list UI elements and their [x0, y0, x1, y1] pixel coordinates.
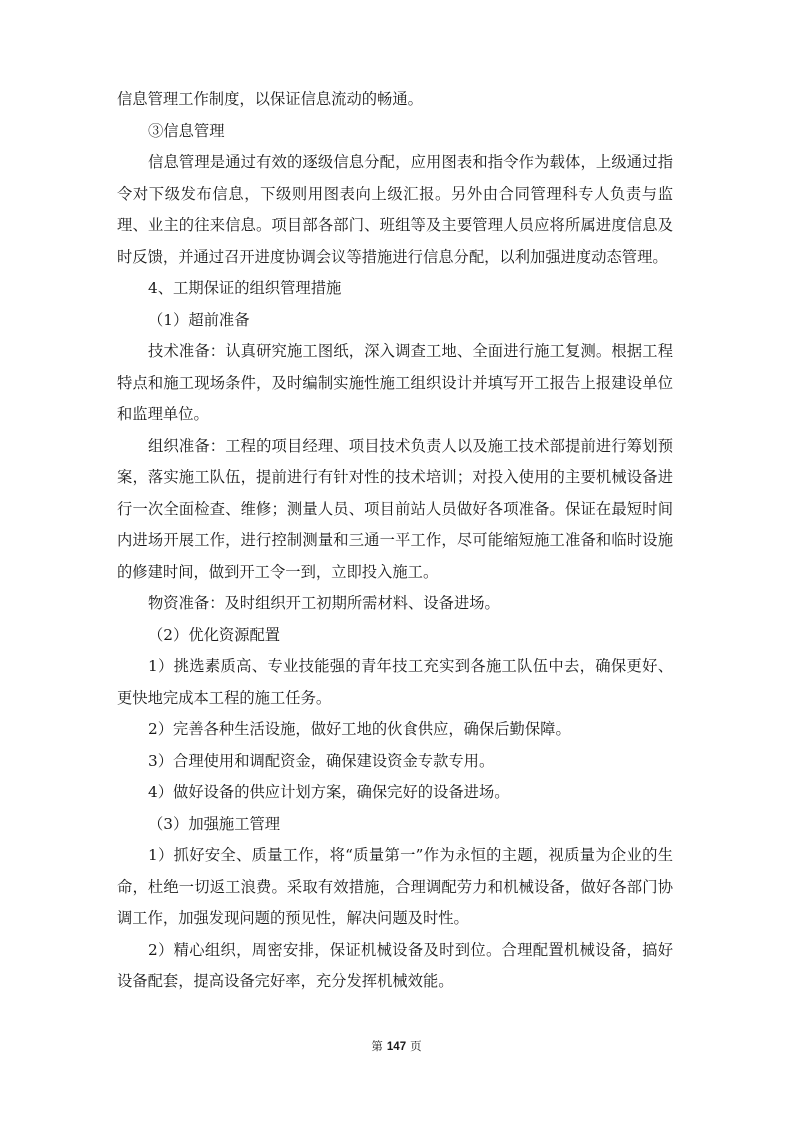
list-item-resources-3: 3）合理使用和调配资金，确保建设资金专款专用。 — [117, 746, 673, 778]
heading-section-4: 4、工期保证的组织管理措施 — [117, 273, 673, 305]
heading-optimize-resources: （2）优化资源配置 — [117, 620, 673, 652]
list-item-management-2: 2）精心组织，周密安排，保证机械设备及时到位。合理配置机械设备，搞好设备配套，提… — [117, 935, 673, 998]
page-number-prefix: 第 — [371, 1039, 383, 1053]
page-number-suffix: 页 — [410, 1039, 422, 1053]
page-number: 147 — [387, 1041, 406, 1053]
list-item-resources-4: 4）做好设备的供应计划方案，确保完好的设备进场。 — [117, 777, 673, 809]
paragraph-organization-preparation: 组织准备：工程的项目经理、项目技术负责人以及施工技术部提前进行筹划预案，落实施工… — [117, 431, 673, 589]
paragraph-technical-preparation: 技术准备：认真研究施工图纸，深入调查工地、全面进行施工复测。根据工程特点和施工现… — [117, 336, 673, 431]
list-item-resources-1: 1）挑选素质高、专业技能强的青年技工充实到各施工队伍中去，确保更好、更快地完成本… — [117, 651, 673, 714]
document-page: 信息管理工作制度，以保证信息流动的畅通。 ③信息管理 信息管理是通过有效的逐级信… — [0, 0, 793, 1122]
heading-info-management: ③信息管理 — [117, 116, 673, 148]
heading-advance-preparation: （1）超前准备 — [117, 305, 673, 337]
list-item-resources-2: 2）完善各种生活设施，做好工地的伙食供应，确保后勤保障。 — [117, 714, 673, 746]
page-footer: 第147页 — [0, 1038, 793, 1054]
paragraph-info-system-tail: 信息管理工作制度，以保证信息流动的畅通。 — [117, 84, 673, 116]
list-item-management-1: 1）抓好安全、质量工作，将“质量第一”作为永恒的主题，视质量为企业的生命，杜绝一… — [117, 840, 673, 935]
page-body: 信息管理工作制度，以保证信息流动的畅通。 ③信息管理 信息管理是通过有效的逐级信… — [117, 84, 673, 998]
paragraph-material-preparation: 物资准备：及时组织开工初期所需材料、设备进场。 — [117, 588, 673, 620]
paragraph-info-management: 信息管理是通过有效的逐级信息分配，应用图表和指令作为载体，上级通过指令对下级发布… — [117, 147, 673, 273]
heading-strengthen-management: （3）加强施工管理 — [117, 809, 673, 841]
